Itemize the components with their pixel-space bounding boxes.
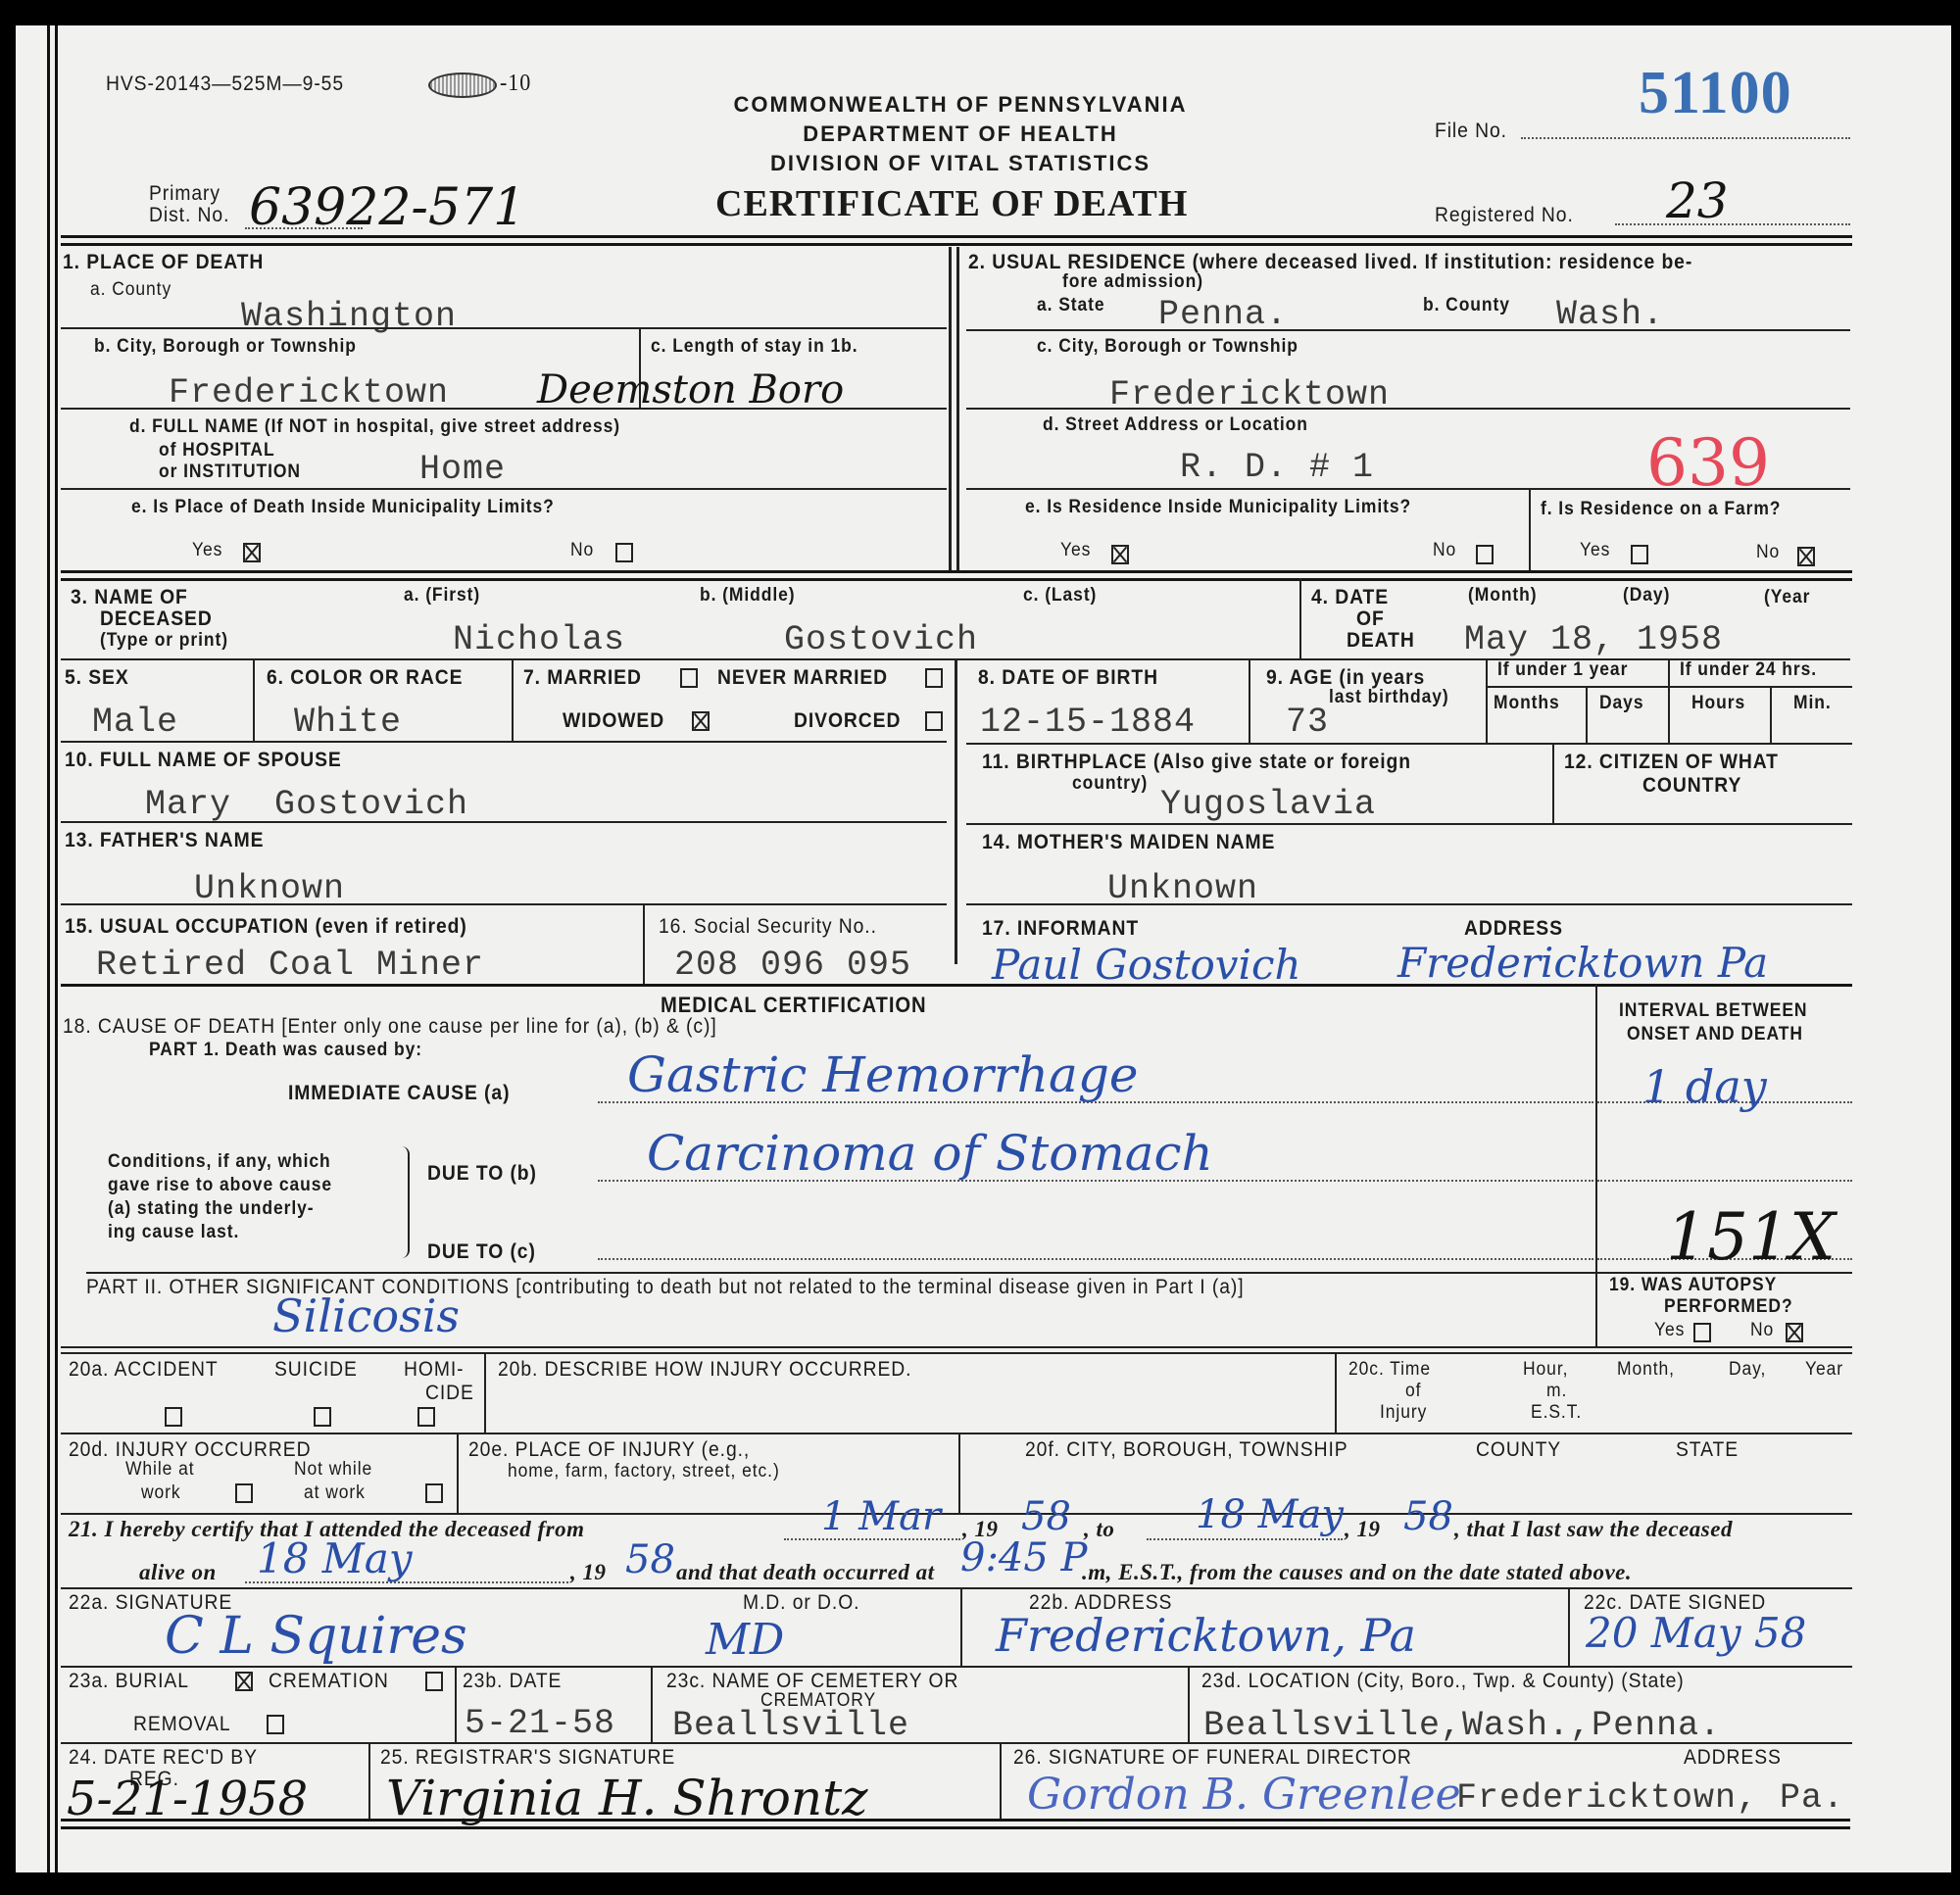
immediate-cause-value: Gastric Hemorrhage — [627, 1050, 1138, 1099]
rule — [966, 823, 1852, 825]
informant-value: Paul Gostovich — [992, 945, 1301, 986]
hospital-label-3: or INSTITUTION — [159, 462, 301, 483]
rule — [61, 1742, 1852, 1744]
immediate-cause-label: IMMEDIATE CAUSE (a) — [288, 1082, 510, 1104]
rule — [61, 578, 1852, 581]
days-label: Days — [1599, 694, 1643, 714]
divider — [1188, 1666, 1190, 1742]
accident-label: 20a. ACCIDENT — [69, 1358, 219, 1381]
conditions-text-4: ing cause last. — [108, 1223, 239, 1243]
interval-label-2: ONSET AND DEATH — [1627, 1025, 1803, 1045]
divider — [1586, 686, 1588, 743]
header-rule-2 — [61, 243, 1852, 246]
citizen-label: 12. CITIZEN OF WHAT — [1564, 751, 1779, 773]
divider — [960, 1587, 962, 1666]
interval-label: INTERVAL BETWEEN — [1619, 1001, 1807, 1022]
medical-heading: MEDICAL CERTIFICATION — [661, 994, 927, 1017]
divider-3-4 — [1299, 578, 1301, 658]
page-title: CERTIFICATE OF DEATH — [715, 182, 1188, 225]
not-while-at-work-label: Not while — [294, 1460, 372, 1481]
res-county-label: b. County — [1423, 296, 1510, 316]
name-heading: 3. NAME OF — [71, 586, 188, 608]
not-while-at-work-checkbox[interactable] — [425, 1483, 443, 1503]
injury-year-label: Year — [1805, 1360, 1843, 1381]
primary-dist-value: 63922-571 — [249, 182, 525, 233]
father-label: 13. FATHER'S NAME — [65, 829, 264, 851]
rule — [61, 488, 947, 490]
alive-on-value: 18 May — [257, 1538, 413, 1579]
burial-location-label: 23d. LOCATION (City, Boro., Twp. & Count… — [1201, 1670, 1685, 1692]
rule — [966, 743, 1852, 745]
date-of-death-label: 4. DATE — [1311, 586, 1389, 608]
hour-m-label: m. — [1546, 1382, 1567, 1402]
birthplace-value: Yugoslavia — [1160, 788, 1376, 822]
rule — [61, 821, 947, 823]
certify-text-2: , that I last saw the deceased — [1454, 1517, 1733, 1542]
name-heading-3: (Type or print) — [100, 631, 228, 652]
year3-prefix: , 19 — [570, 1560, 607, 1585]
left-border-inner — [55, 25, 58, 1872]
never-married-label: NEVER MARRIED — [717, 666, 888, 689]
yes-label: Yes — [1060, 541, 1091, 561]
year2-prefix: , 19 — [1345, 1517, 1381, 1542]
divider — [958, 1433, 960, 1513]
rule — [61, 741, 947, 743]
time-of-injury-label: 20c. Time — [1348, 1360, 1431, 1381]
age-label: 9. AGE (in years — [1266, 666, 1425, 689]
divider-1-2b — [956, 247, 959, 570]
informant-address-value: Fredericktown Pa — [1397, 943, 1768, 984]
rule — [61, 1819, 1850, 1822]
divider — [457, 1433, 459, 1513]
date-of-death-label-2: OF — [1356, 607, 1385, 630]
divider — [1668, 658, 1670, 743]
funeral-director-label: 26. SIGNATURE OF FUNERAL DIRECTOR — [1013, 1746, 1412, 1769]
divider-1-2 — [949, 247, 952, 570]
dob-label: 8. DATE OF BIRTH — [978, 666, 1158, 689]
divider — [368, 1742, 370, 1819]
rule — [61, 1352, 1852, 1354]
conditions-text-2: gave rise to above cause — [108, 1176, 332, 1196]
married-label: 7. MARRIED — [523, 666, 642, 689]
death-time-value: 9:45 P — [960, 1538, 1087, 1578]
no-label: No — [570, 541, 594, 561]
divider-left-right — [955, 658, 957, 964]
rule — [966, 329, 1850, 331]
form-code: HVS-20143—525M—9-55 — [106, 73, 344, 95]
injury-city-label: 20f. CITY, BOROUGH, TOWNSHIP — [1025, 1438, 1348, 1461]
never-married-checkbox[interactable] — [925, 668, 943, 688]
farm-label: f. Is Residence on a Farm? — [1541, 500, 1781, 520]
rule — [61, 327, 947, 329]
divider — [651, 1666, 653, 1742]
name-heading-2: DECEASED — [100, 607, 213, 630]
header-division: DIVISION OF VITAL STATISTICS — [686, 151, 1235, 176]
county-label: a. County — [90, 280, 171, 301]
rule — [86, 1272, 1852, 1274]
farm-yes-checkbox[interactable] — [1631, 545, 1648, 564]
first-name-value: Nicholas — [453, 623, 625, 657]
registrar-signature-value: Virginia H. Shrontz — [386, 1774, 868, 1822]
header-department: DEPARTMENT OF HEALTH — [686, 121, 1235, 147]
autopsy-label: 19. WAS AUTOPSY — [1609, 1276, 1777, 1296]
header-commonwealth: COMMONWEALTH OF PENNSYLVANIA — [686, 92, 1235, 118]
md-do-label: M.D. or D.O. — [743, 1591, 859, 1614]
primary-dist-label-2: Dist. No. — [149, 204, 229, 226]
spouse-value: Mary Gostovich — [145, 788, 468, 822]
registrar-signature-label: 25. REGISTRAR'S SIGNATURE — [380, 1746, 675, 1769]
mother-value: Unknown — [1107, 872, 1258, 906]
rule — [61, 408, 947, 410]
part1-label: PART 1. Death was caused by: — [149, 1041, 422, 1061]
race-label: 6. COLOR OR RACE — [267, 666, 463, 689]
hospital-label: d. FULL NAME (If NOT in hospital, give s… — [129, 417, 620, 438]
alive-on-year: 58 — [625, 1540, 675, 1579]
burial-location-value: Beallsville,Wash.,Penna. — [1203, 1709, 1721, 1743]
married-checkbox[interactable] — [680, 668, 698, 688]
registered-no-label: Registered No. — [1435, 204, 1574, 226]
divider — [1000, 1742, 1002, 1819]
divider — [1552, 743, 1554, 823]
funeral-address-value: Fredericktown, Pa. — [1456, 1781, 1844, 1816]
physician-signature-suffix: MD — [706, 1619, 784, 1662]
place-of-death-heading: 1. PLACE OF DEATH — [63, 251, 264, 273]
dob-value: 12-15-1884 — [980, 705, 1196, 740]
informant-label: 17. INFORMANT — [982, 917, 1139, 940]
birthplace-label-2: country) — [1072, 774, 1148, 795]
rule — [966, 488, 1850, 490]
divider — [484, 1352, 486, 1433]
race-value: White — [294, 705, 402, 740]
divider — [643, 903, 645, 984]
min-label: Min. — [1793, 694, 1832, 714]
year-label: (Year — [1764, 588, 1810, 608]
suicide-checkbox[interactable] — [314, 1407, 331, 1427]
date-signed-value: 20 May 58 — [1586, 1613, 1806, 1654]
age-value: 73 — [1286, 705, 1329, 740]
date-of-death-value: May 18, 1958 — [1464, 623, 1723, 657]
union-label-seal-icon — [428, 73, 497, 98]
header-rule-1 — [61, 235, 1852, 238]
est-label: E.S.T. — [1531, 1403, 1582, 1424]
res-inside-limits-no-checkbox[interactable] — [1476, 545, 1494, 564]
divider-2e-2f — [1529, 488, 1531, 570]
while-at-work-label: While at — [125, 1460, 195, 1481]
usual-residence-heading-2: fore admission) — [1062, 272, 1203, 293]
widowed-checkbox[interactable] — [692, 711, 710, 731]
certify-text-3: .m, E.S.T., from the causes and on the d… — [1082, 1560, 1632, 1585]
middle-name-label: b. (Middle) — [700, 586, 796, 607]
suicide-label: SUICIDE — [274, 1358, 358, 1381]
registered-no-line — [1615, 223, 1850, 225]
last-name-label: c. (Last) — [1023, 586, 1097, 607]
rule — [61, 1346, 1852, 1348]
homicide-label-2: CIDE — [425, 1382, 474, 1404]
divider — [1486, 658, 1488, 743]
cremation-checkbox[interactable] — [425, 1672, 443, 1691]
due-to-b-value: Carcinoma of Stomach — [647, 1129, 1213, 1178]
not-while-at-work-label-2: at work — [304, 1483, 366, 1504]
state-label: a. State — [1037, 296, 1105, 316]
divider — [455, 1666, 457, 1742]
attended-from-value: 1 Mar — [821, 1497, 941, 1536]
form-code-suffix: -10 — [500, 71, 531, 96]
farm-no-checkbox[interactable] — [1797, 547, 1815, 566]
interval-value: 1 day — [1642, 1064, 1767, 1109]
no-label: No — [1750, 1321, 1774, 1341]
file-no-line — [1521, 137, 1850, 139]
divorced-label: DIVORCED — [794, 709, 901, 732]
date-received-value: 5-21-1958 — [67, 1775, 308, 1822]
cemetery-value: Beallsville — [672, 1709, 909, 1743]
city-handwritten-value: Deemston Boro — [537, 370, 844, 410]
time-of-injury-label-3: Injury — [1380, 1403, 1427, 1424]
inside-limits-label: e. Is Place of Death Inside Municipality… — [131, 498, 555, 518]
no-label: No — [1756, 543, 1780, 563]
month-label: (Month) — [1468, 586, 1538, 607]
due-to-b-label: DUE TO (b) — [427, 1162, 537, 1185]
file-no-label: File No. — [1435, 120, 1507, 142]
rule — [61, 903, 947, 905]
rule — [61, 1666, 1852, 1668]
father-value: Unknown — [194, 872, 345, 906]
burial-checkbox[interactable] — [235, 1672, 253, 1691]
alive-on-label: alive on — [139, 1560, 217, 1585]
funeral-address-label: ADDRESS — [1684, 1746, 1782, 1769]
part2-value: Silicosis — [272, 1293, 460, 1338]
hours-label: Hours — [1691, 694, 1745, 714]
burial-label: 23a. BURIAL — [69, 1670, 189, 1692]
under-1-year-label: If under 1 year — [1497, 660, 1628, 681]
yes-label: Yes — [192, 541, 222, 561]
rule — [61, 1826, 1850, 1829]
hour-label: Hour, — [1523, 1360, 1568, 1381]
occupation-value: Retired Coal Miner — [96, 948, 484, 983]
state-value: Penna. — [1158, 298, 1288, 332]
while-at-work-label-2: work — [141, 1483, 181, 1504]
file-number-stamp: 51100 — [1639, 59, 1792, 128]
rule — [61, 1513, 1852, 1515]
primary-dist-label: Primary — [149, 182, 220, 205]
death-occurred-label: and that death occurred at — [676, 1560, 934, 1585]
interval-divider — [1595, 984, 1597, 1346]
autopsy-no-checkbox[interactable] — [1786, 1323, 1803, 1342]
birthplace-label: 11. BIRTHPLACE (Also give state or forei… — [982, 751, 1411, 773]
cause-label: 18. CAUSE OF DEATH [Enter only one cause… — [63, 1015, 717, 1038]
day-label: (Day) — [1623, 586, 1670, 607]
res-city-label: c. City, Borough or Township — [1037, 337, 1298, 358]
spouse-label: 10. FULL NAME OF SPOUSE — [65, 749, 342, 771]
last-name-value: Gostovich — [784, 623, 978, 657]
divider — [1249, 658, 1250, 743]
divider — [253, 658, 255, 741]
left-border — [47, 25, 50, 1872]
attended-from-year: 58 — [1021, 1497, 1071, 1536]
injury-day-label: Day, — [1729, 1360, 1766, 1381]
to-line — [1147, 1538, 1343, 1540]
cemetery-label: 23c. NAME OF CEMETERY OR — [666, 1670, 958, 1692]
physician-address-value: Fredericktown, Pa — [996, 1613, 1416, 1658]
due-to-c-label: DUE TO (c) — [427, 1240, 536, 1263]
rule — [61, 1433, 1852, 1434]
date-of-death-label-3: DEATH — [1347, 629, 1415, 652]
autopsy-yes-checkbox[interactable] — [1693, 1323, 1711, 1342]
usual-residence-heading: 2. USUAL RESIDENCE (where deceased lived… — [968, 251, 1692, 273]
hospital-label-2: of HOSPITAL — [159, 441, 275, 462]
place-of-injury-label: 20e. PLACE OF INJURY (e.g., — [468, 1438, 750, 1461]
inside-limits-no-checkbox[interactable] — [615, 543, 633, 562]
divider — [1335, 1352, 1337, 1433]
rule — [966, 408, 1850, 410]
res-inside-limits-label: e. Is Residence Inside Municipality Limi… — [1025, 498, 1411, 518]
date-received-label: 24. DATE REC'D BY — [69, 1746, 258, 1769]
to-label: , to — [1084, 1517, 1114, 1542]
how-injury-label: 20b. DESCRIBE HOW INJURY OCCURRED. — [498, 1358, 911, 1381]
rule — [1486, 686, 1852, 688]
citizen-label-2: COUNTRY — [1642, 774, 1741, 797]
hospital-value: Home — [419, 453, 506, 487]
rule — [61, 984, 1852, 987]
yes-label: Yes — [1654, 1321, 1685, 1341]
first-name-label: a. (First) — [404, 586, 480, 607]
red-annotation: 639 — [1646, 431, 1770, 496]
city-value: Fredericktown — [169, 376, 449, 411]
conditions-text-3: (a) stating the underly- — [108, 1199, 314, 1220]
attended-to-value: 18 May — [1196, 1495, 1344, 1534]
part2-label: PART II. OTHER SIGNIFICANT CONDITIONS [c… — [86, 1276, 1245, 1298]
injury-occurred-label: 20d. INJURY OCCURRED — [69, 1438, 311, 1461]
ssn-label: 16. Social Security No.. — [659, 915, 877, 938]
ssn-value: 208 096 095 — [674, 948, 911, 983]
informant-address-label: ADDRESS — [1464, 917, 1563, 940]
divider — [512, 658, 514, 741]
under-24-hrs-label: If under 24 hrs. — [1680, 660, 1817, 681]
injury-county-label: COUNTY — [1476, 1438, 1561, 1461]
no-label: No — [1433, 541, 1456, 561]
autopsy-label-2: PERFORMED? — [1664, 1297, 1793, 1318]
city-label: b. City, Borough or Township — [94, 337, 357, 358]
age-label-2: last birthday) — [1329, 688, 1449, 708]
place-of-injury-label-2: home, farm, factory, street, etc.) — [508, 1462, 780, 1482]
rule — [1597, 1180, 1852, 1182]
burial-date-value: 5-21-58 — [465, 1707, 615, 1741]
divider — [1568, 1587, 1570, 1666]
funeral-director-signature: Gordon B. Greenlee — [1027, 1774, 1461, 1817]
attended-to-year: 58 — [1403, 1497, 1453, 1536]
mother-label: 14. MOTHER'S MAIDEN NAME — [982, 831, 1275, 853]
res-inside-limits-yes-checkbox[interactable] — [1111, 545, 1129, 564]
homicide-checkbox[interactable] — [417, 1407, 435, 1427]
burial-date-label: 23b. DATE — [463, 1670, 562, 1692]
conditions-text-1: Conditions, if any, which — [108, 1152, 331, 1173]
months-label: Months — [1494, 694, 1560, 714]
rule — [966, 903, 1852, 905]
homicide-label: HOMI- — [404, 1358, 464, 1381]
physician-signature: C L Squires — [165, 1611, 467, 1662]
cause-code-mark: 151X — [1666, 1205, 1836, 1270]
time-of-injury-label-2: of — [1405, 1382, 1421, 1402]
due-to-c-line — [598, 1258, 1593, 1260]
injury-month-label: Month, — [1617, 1360, 1675, 1381]
res-county-value: Wash. — [1556, 298, 1664, 332]
registered-no-value: 23 — [1666, 176, 1729, 225]
removal-checkbox[interactable] — [267, 1715, 284, 1734]
cremation-label: CREMATION — [269, 1670, 389, 1692]
brace-icon — [400, 1146, 410, 1258]
street-label: d. Street Address or Location — [1043, 415, 1308, 436]
widowed-label: WIDOWED — [563, 709, 664, 732]
removal-label: REMOVAL — [133, 1713, 230, 1735]
rule — [61, 570, 1852, 573]
inside-limits-yes-checkbox[interactable] — [243, 543, 261, 562]
divorced-checkbox[interactable] — [925, 711, 943, 731]
yes-label: Yes — [1580, 541, 1610, 561]
while-at-work-checkbox[interactable] — [235, 1483, 253, 1503]
rule — [61, 1587, 1852, 1589]
accident-checkbox[interactable] — [165, 1407, 182, 1427]
length-of-stay-label: c. Length of stay in 1b. — [651, 337, 857, 358]
sex-value: Male — [92, 705, 178, 740]
divider — [1770, 686, 1772, 743]
street-value: R. D. # 1 — [1180, 451, 1374, 485]
sex-label: 5. SEX — [65, 666, 129, 689]
occupation-label: 15. USUAL OCCUPATION (even if retired) — [65, 915, 467, 938]
injury-state-label: STATE — [1676, 1438, 1739, 1461]
